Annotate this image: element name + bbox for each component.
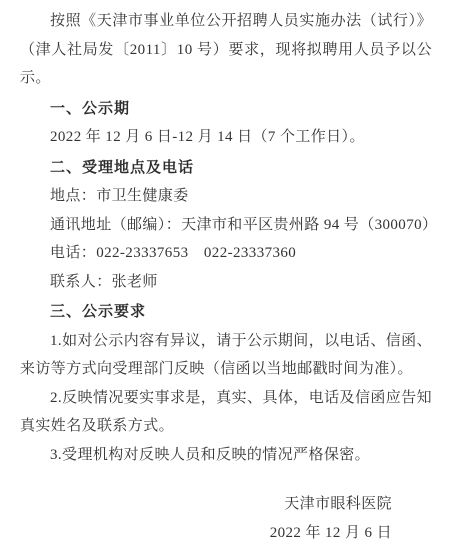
section-2-heading: 二、受理地点及电话 bbox=[20, 154, 432, 183]
section-3-heading: 三、公示要求 bbox=[20, 298, 432, 327]
signature-block: 天津市眼科医院 2022 年 12 月 6 日 bbox=[20, 490, 432, 547]
section-2-paragraph-mailing-address: 通讯地址（邮编）：天津市和平区贵州路 94 号（300070） bbox=[20, 211, 432, 240]
section-2-paragraph-phone: 电话：022-23337653 022-23337360 bbox=[20, 239, 432, 268]
section-3-paragraph-item-2: 2.反映情况要实事求是，真实、具体，电话及信函应告知真实姓名及联系方式。 bbox=[20, 384, 432, 441]
section-1-heading: 一、公示期 bbox=[20, 95, 432, 124]
section-3-paragraph-item-1: 1.如对公示内容有异议，请于公示期间，以电话、信函、来访等方式向受理部门反映（信… bbox=[20, 327, 432, 384]
section-3-paragraph-item-3: 3.受理机构对反映人员和反映的情况严格保密。 bbox=[20, 441, 432, 470]
announcement-document: 按照《天津市事业单位公开招聘人员实施办法（试行）》（津人社局发〔2011〕10 … bbox=[0, 0, 450, 560]
section-2-paragraph-contact-person: 联系人：张老师 bbox=[20, 268, 432, 297]
intro-paragraph: 按照《天津市事业单位公开招聘人员实施办法（试行）》（津人社局发〔2011〕10 … bbox=[20, 7, 432, 93]
section-1-paragraph-publicity-period: 2022 年 12 月 6 日-12 月 14 日（7 个工作日）。 bbox=[20, 123, 432, 152]
section-2-paragraph-location: 地点：市卫生健康委 bbox=[20, 182, 432, 211]
signature-date: 2022 年 12 月 6 日 bbox=[20, 519, 392, 548]
signature-org: 天津市眼科医院 bbox=[20, 490, 392, 519]
